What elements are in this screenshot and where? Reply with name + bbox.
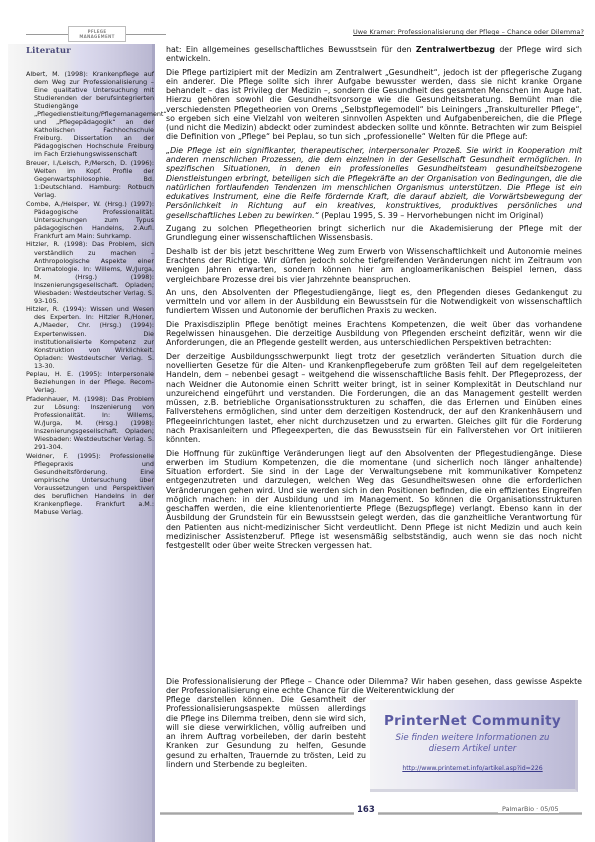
paragraph: Die Praxisdisziplin Pflege benötigt mein… bbox=[166, 320, 582, 348]
community-subtitle: Sie finden weitere Informationen zu dies… bbox=[370, 733, 575, 755]
text-span: hat: Ein allgemeines gesellschaftliches … bbox=[166, 45, 416, 54]
reference-list: Albert, M. (1998): Krankenpflege auf dem… bbox=[26, 70, 154, 517]
closing-paragraph-lead: Die Professionalisierung der Pflege – Ch… bbox=[166, 677, 582, 696]
paragraph: An uns, den Absolventen der Pflegestudie… bbox=[166, 288, 582, 316]
reference-item: Weidner, F. (1995): Professionelle Pfleg… bbox=[26, 452, 154, 516]
reference-item: Pfadenhauer, M. (1998): Das Problem zur … bbox=[26, 395, 154, 451]
community-subtitle-line: Sie finden weitere Informationen zu bbox=[370, 733, 575, 744]
printernet-community-box: PrinterNet Community Sie finden weitere … bbox=[370, 700, 578, 792]
literature-heading: Literatur bbox=[26, 46, 154, 57]
running-header: Uwe Kramer: Professionalisierung der Pfl… bbox=[319, 28, 584, 36]
journal-logo: PFLEGE MANAGEMENT bbox=[26, 26, 166, 44]
article-link[interactable]: http://www.printernet.info/artikel.asp?i… bbox=[370, 765, 575, 772]
community-title: PrinterNet Community bbox=[370, 713, 575, 729]
paragraph: hat: Ein allgemeines gesellschaftliches … bbox=[166, 45, 582, 64]
paragraph: Der derzeitige Ausbildungsschwerpunkt li… bbox=[166, 352, 582, 445]
emphasis-term: Zentralwertbezug bbox=[416, 45, 495, 54]
reference-item: Combe, A./Helsper, W. (Hrsg.) (1997): Pä… bbox=[26, 200, 154, 240]
reference-item: Hitzler, R. (1994): Wissen und Wesen des… bbox=[26, 305, 154, 369]
quote-text: „Die Pflege ist ein signifikanter, thera… bbox=[166, 146, 582, 220]
quote-citation: (Peplau 1995, S. 39 – Hervorhebungen nic… bbox=[319, 211, 544, 220]
community-subtitle-line: diesem Artikel unter bbox=[370, 744, 575, 755]
logo-line-2: MANAGEMENT bbox=[79, 34, 114, 39]
paragraph: Die Pflege partizipiert mit der Medizin … bbox=[166, 68, 582, 142]
block-quote: „Die Pflege ist ein signifikanter, thera… bbox=[166, 146, 582, 220]
article-body: hat: Ein allgemeines gesellschaftliches … bbox=[166, 45, 582, 554]
reference-item: Peplau, H. E. (1995): Interpersonale Bez… bbox=[26, 370, 154, 394]
logo-mark: PFLEGE MANAGEMENT bbox=[68, 26, 126, 42]
paragraph: Deshalb ist der bis jetzt beschrittene W… bbox=[166, 247, 582, 284]
page-number: 163 bbox=[354, 805, 378, 815]
paragraph: Zugang zu solchen Pflegetheorien bringt … bbox=[166, 224, 582, 243]
closing-paragraph-wrap: Pflege darstellen können. Die Gesamtheit… bbox=[166, 695, 366, 769]
journal-issue: PalmarBio · 05/05 bbox=[498, 805, 559, 813]
reference-item: Albert, M. (1998): Krankenpflege auf dem… bbox=[26, 70, 154, 159]
reference-item: Breuer, I./Leisch, P./Mersch, D. (1996):… bbox=[26, 159, 154, 199]
paragraph: Die Hoffnung für zukünftige Veränderunge… bbox=[166, 449, 582, 551]
reference-item: Hitzler, R. (1998): Das Problem, sich ve… bbox=[26, 240, 154, 304]
